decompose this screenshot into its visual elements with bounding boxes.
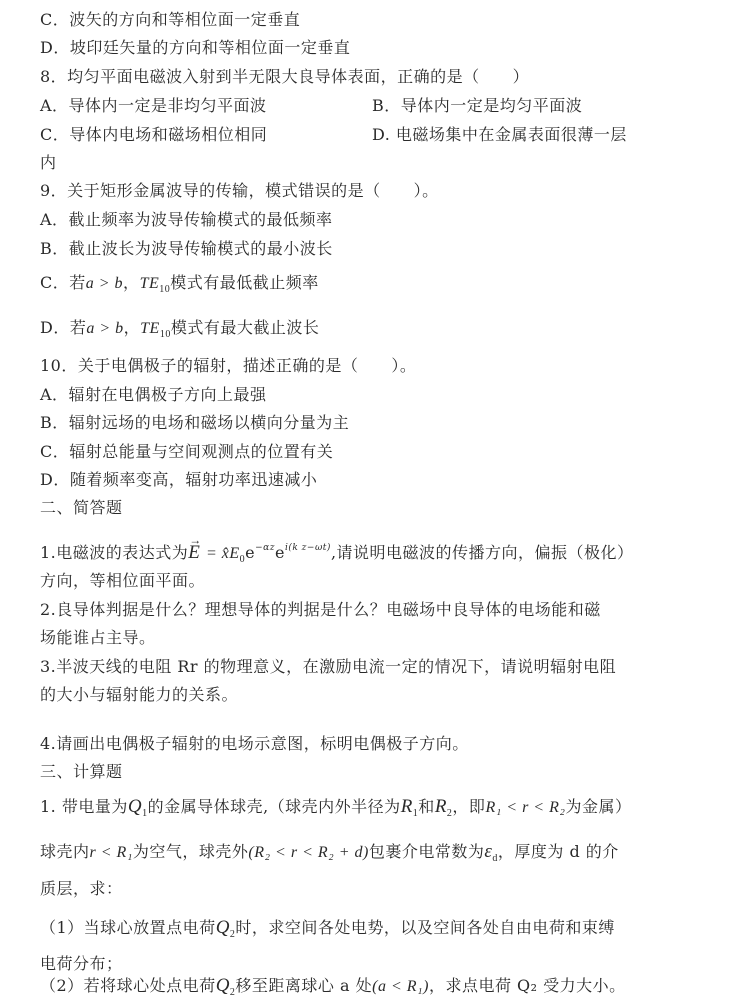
q8-option-d-continuation: 内 bbox=[40, 152, 57, 174]
r1-math: R1 bbox=[401, 796, 419, 817]
q8-option-c: C．导体内电场和磁场相位相同 bbox=[40, 124, 267, 146]
q10-option-c: C．辐射总能量与空间观测点的位置有关 bbox=[40, 441, 333, 463]
q10-option-d: D．随着频率变高，辐射功率迅速减小 bbox=[40, 469, 317, 491]
q9-option-d: D．若a > b，TE10模式有最大截止波长 bbox=[40, 317, 319, 346]
q9-option-c: C．若a > b，TE10模式有最低截止频率 bbox=[40, 272, 319, 301]
e-vector-math: E bbox=[188, 542, 200, 564]
mode-math: TE10 bbox=[140, 320, 171, 337]
s2-q1-continuation: 方向，等相位面平面。 bbox=[40, 570, 205, 592]
inequality-math: r < R₁ bbox=[90, 844, 133, 861]
s3-q1-line2: 球壳内r < R₁为空气，球壳外(R₂ < r < R₂ + d)包裹介电常数为… bbox=[40, 841, 619, 870]
q8-option-d: D. 电磁场集中在金属表面很薄一层 bbox=[372, 124, 627, 146]
section-3-title: 三、计算题 bbox=[40, 761, 123, 783]
q10-stem: 10．关于电偶极子的辐射，描述正确的是（ ）。 bbox=[40, 355, 416, 377]
q9-option-a: A．截止频率为波导传输模式的最低频率 bbox=[40, 209, 333, 231]
r2-math: R2 bbox=[435, 796, 453, 817]
s2-q4: 4.请画出电偶极子辐射的电场示意图，标明电偶极子方向。 bbox=[40, 733, 469, 755]
q9-option-b: B．截止波长为波导传输模式的最小波长 bbox=[40, 238, 333, 260]
s3-sub1-continuation: 电荷分布； bbox=[40, 953, 123, 975]
q10-option-b: B．辐射远场的电场和磁场以横向分量为主 bbox=[40, 412, 349, 434]
q8-option-b: B．导体内一定是均匀平面波 bbox=[372, 95, 582, 117]
q7-option-d: D．坡印廷矢量的方向和等相位面一定垂直 bbox=[40, 37, 350, 59]
q7-option-c: C．波矢的方向和等相位面一定垂直 bbox=[40, 9, 300, 31]
inequality-math: R₁ < r < R₂ bbox=[485, 799, 565, 816]
s2-q2: 2.良导体判据是什么？理想导体的判据是什么？电磁场中良导体的电场能和磁 bbox=[40, 599, 601, 621]
q9-stem: 9．关于矩形金属波导的传输，模式错误的是（ ）。 bbox=[40, 180, 439, 202]
s2-q3: 3.半波天线的电阻 Rr 的物理意义，在激励电流一定的情况下，请说明辐射电阻 bbox=[40, 656, 616, 678]
formula-rhs: = x̂E0 bbox=[206, 545, 245, 562]
s2-q2-continuation: 场能谁占主导。 bbox=[40, 627, 156, 649]
s3-q1-line3: 质层，求： bbox=[40, 878, 123, 900]
s3-q1-line1: 1. 带电量为Q1的金属导体球壳,（球壳内外半径为R1和R2，即R₁ < r <… bbox=[40, 796, 631, 825]
s3-sub1: （1）当球心放置点电荷Q2时，求空间各处电势，以及空间各处自由电荷和束缚 bbox=[40, 917, 615, 946]
q1-math: Q1 bbox=[128, 796, 148, 817]
condition-math: a > b bbox=[86, 275, 123, 292]
q2-math: Q2 bbox=[216, 975, 236, 996]
section-2-title: 二、简答题 bbox=[40, 497, 123, 519]
q8-option-a: A．导体内一定是非均匀平面波 bbox=[40, 95, 267, 117]
mode-math: TE10 bbox=[140, 275, 171, 292]
s3-sub2: （2）若将球心处点电荷Q2移至距离球心 a 处(a < R₁)，求点电荷 Q₂ … bbox=[40, 975, 626, 996]
range-math: (R₂ < r < R₂ + d) bbox=[248, 844, 368, 861]
condition-math: a > b bbox=[86, 320, 123, 337]
s2-q3-continuation: 的大小与辐射能力的关系。 bbox=[40, 684, 238, 706]
epsilon-math: εd bbox=[484, 841, 498, 862]
s2-q1: 1.电磁波的表达式为E = x̂E0e−αzei(k z−ωt),请说明电磁波的… bbox=[40, 537, 634, 571]
q2-math: Q2 bbox=[216, 917, 236, 938]
condition-math: (a < R₁) bbox=[372, 978, 429, 995]
q8-stem: 8．均匀平面电磁波入射到半无限大良导体表面，正确的是（ ） bbox=[40, 66, 529, 88]
q10-option-a: A．辐射在电偶极子方向上最强 bbox=[40, 384, 267, 406]
